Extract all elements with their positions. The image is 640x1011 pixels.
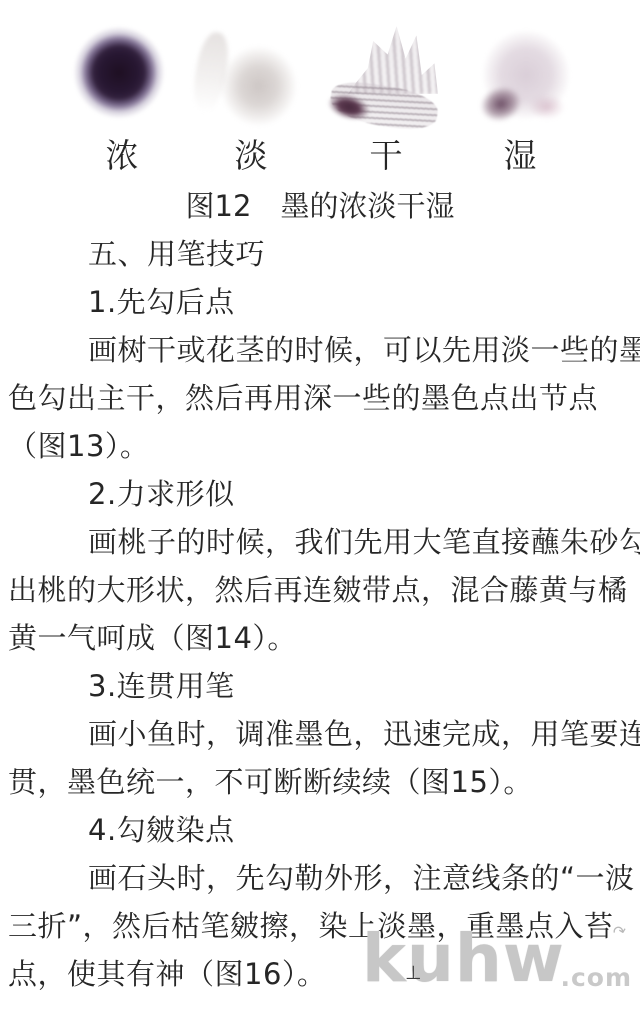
swatch-label-wet: 湿 (504, 138, 537, 174)
text-line: 1.先勾后点 (8, 279, 634, 327)
swatch-label-thick: 浓 (106, 138, 139, 174)
light-ink-blot (203, 28, 299, 128)
text-line: 五、用笔技巧 (8, 231, 634, 279)
text-line: 画小鱼时，调准墨色，迅速完成，用笔要连 (8, 711, 634, 759)
text-line: 画树干或花茎的时候，可以先用淡一些的墨 (8, 327, 634, 375)
text-line: 3.连贯用笔 (8, 663, 634, 711)
text-line: 2.力求形似 (8, 471, 634, 519)
swatch-label-light: 淡 (235, 138, 268, 174)
wet-ink-blot-pink-spot (528, 94, 566, 120)
text-line: 画桃子的时候，我们先用大笔直接蘸朱砂勾 (8, 519, 634, 567)
thick-ink-blot (72, 25, 166, 124)
text-line: 贯，墨色统一，不可断断续续（图15）。 (8, 759, 634, 807)
figure-caption: 图12 墨的浓淡干湿 (186, 184, 455, 225)
swatch-label-dry: 干 (370, 138, 403, 174)
text-line: （图13）。 (8, 423, 634, 471)
text-line: 4.勾皴染点 (8, 807, 634, 855)
document-page: 浓 淡 干 湿 图12 墨的浓淡干湿 五、用笔技巧1.先勾后点画树干或花茎的时候… (0, 0, 640, 1011)
article: 五、用笔技巧1.先勾后点画树干或花茎的时候，可以先用淡一些的墨色勾出主干，然后再… (8, 231, 634, 999)
text-line: 画石头时，先勾勒外形，注意线条的“一波 (8, 855, 634, 903)
text-line: 色勾出主干，然后再用深一些的墨色点出节点 (8, 375, 634, 423)
text-line: 出桃的大形状，然后再连皴带点，混合藤黄与橘 (8, 567, 634, 615)
text-line: 点，使其有神（图16）。 (8, 951, 634, 999)
stray-mark: ⊥ (405, 962, 422, 984)
text-line: 黄一气呵成（图14）。 (8, 615, 634, 663)
text-line: 三折”，然后枯笔皴擦，染上淡墨，重墨点入苔 (8, 903, 634, 951)
ink-figure: 浓 淡 干 湿 图12 墨的浓淡干湿 (0, 0, 640, 228)
